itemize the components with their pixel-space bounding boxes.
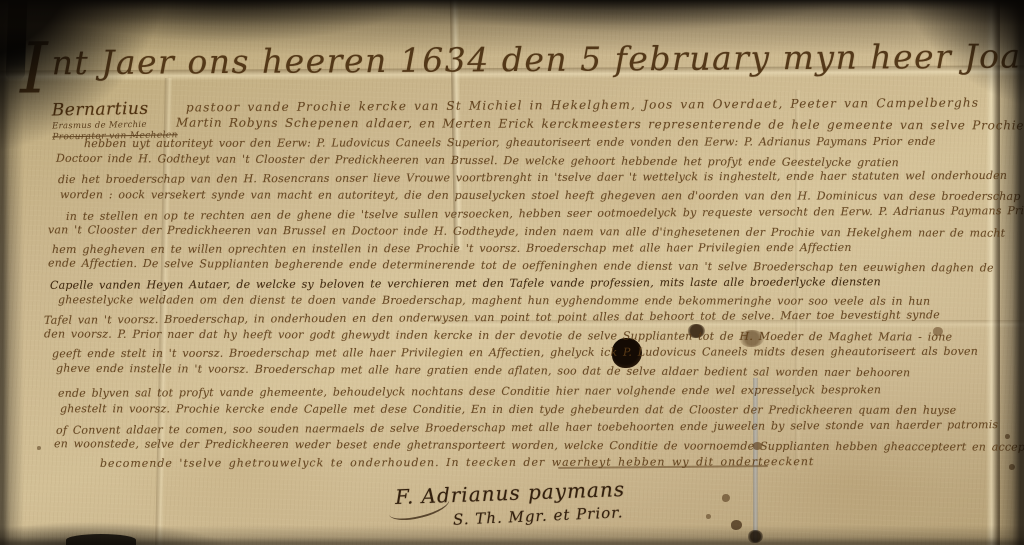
manuscript-line: ende blyven sal tot profyt vande ghemeen… bbox=[58, 383, 881, 400]
document-heading: Int Jaer ons heeren 1634 den 5 february … bbox=[20, 37, 1020, 83]
manuscript-line: Martin Robyns Schepenen aldaer, en Merte… bbox=[176, 116, 1024, 133]
manuscript-line: pastoor vande Prochie kercke van St Mich… bbox=[186, 96, 979, 115]
manuscript-line: den voorsz. P. Prior naer dat hy heeft v… bbox=[44, 327, 952, 343]
manuscript-line: hebben uyt autoriteyt voor den Eerw: P. … bbox=[84, 135, 936, 150]
manuscript-line: Doctoor inde H. Godtheyt van 't Clooster… bbox=[56, 152, 899, 169]
manuscript-line: hem ghegheven en te willen oprechten en … bbox=[52, 241, 852, 256]
manuscript-line: gheestelycke weldaden om den dienst te d… bbox=[58, 293, 930, 308]
manuscript-line: of Convent aldaer te comen, soo souden n… bbox=[56, 418, 998, 437]
heading-text: nt Jaer ons heeren 1634 den 5 february m… bbox=[52, 36, 1024, 82]
manuscript-line: geeft ende stelt in 't voorsz. Broedersc… bbox=[52, 345, 978, 360]
manuscript-line: becomende 'tselve ghetrouwelyck te onder… bbox=[100, 455, 814, 470]
manuscript-line: ende Affectien. De selve Supplianten beg… bbox=[48, 257, 994, 275]
manuscript-photo: Int Jaer ons heeren 1634 den 5 february … bbox=[0, 0, 1024, 545]
ink-layer: Int Jaer ons heeren 1634 den 5 february … bbox=[0, 0, 1024, 545]
heading-initial: I bbox=[20, 27, 48, 109]
manuscript-line: van 't Clooster der Predickheeren van Br… bbox=[48, 223, 1005, 239]
manuscript-line: worden : oock versekert synde van macht … bbox=[60, 188, 1021, 203]
signature-title: S. Th. Mgr. et Prior. bbox=[453, 503, 626, 528]
manuscript-line: Capelle vanden Heyen Autaer, de welcke s… bbox=[50, 275, 881, 292]
manuscript-line: in te stellen en op te rechten aen de gh… bbox=[66, 204, 1024, 223]
manuscript-line: en woonstede, selve der Predickheeren we… bbox=[54, 437, 1024, 454]
manuscript-line: die het broederschap van den H. Rosencra… bbox=[58, 169, 1007, 186]
manuscript-line: gheve ende instelle in 't voorsz. Broede… bbox=[56, 362, 910, 379]
manuscript-line: Tafel van 't voorsz. Broederschap, in on… bbox=[44, 308, 940, 326]
manuscript-line: ghestelt in voorsz. Prochie kercke ende … bbox=[60, 402, 956, 417]
